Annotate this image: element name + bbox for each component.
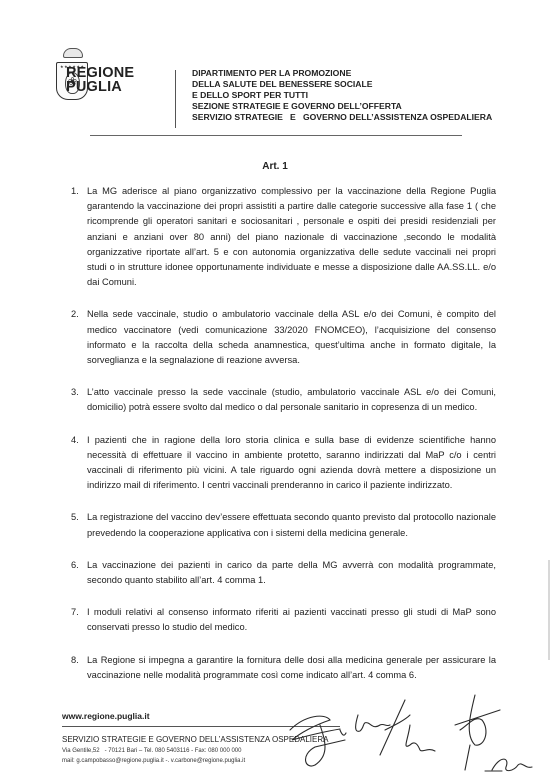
article-item-8: 8. La Regione si impegna a garantire la … — [72, 653, 496, 683]
item-text: La registrazione del vaccino dev’essere … — [87, 510, 496, 540]
section-line: SEZIONE STRATEGIE E GOVERNO DELL’OFFERTA — [192, 101, 492, 112]
footer-office-name: SERVIZIO STRATEGIE E GOVERNO DELL’ASSIST… — [62, 735, 328, 744]
item-number: 3. — [71, 385, 79, 400]
department-line: DELLA SALUTE DEL BENESSERE SOCIALE — [192, 79, 492, 90]
region-name: REGIONE PUGLIA — [66, 66, 134, 94]
department-line: E DELLO SPORT PER TUTTI — [192, 90, 492, 101]
item-number: 2. — [71, 307, 79, 322]
handwritten-signatures-icon — [270, 685, 540, 778]
article-item-7: 7. I moduli relativi al consenso informa… — [72, 605, 496, 635]
item-number: 7. — [71, 605, 79, 620]
header-horizontal-divider — [90, 135, 462, 136]
item-number: 6. — [71, 558, 79, 573]
item-text: Nella sede vaccinale, studio o ambulator… — [87, 307, 496, 368]
article-item-2: 2. Nella sede vaccinale, studio o ambula… — [72, 307, 496, 368]
footer-divider — [62, 726, 340, 727]
article-item-4: 4. I pazienti che in ragione della loro … — [72, 433, 496, 494]
item-text: La Regione si impegna a garantire la for… — [87, 653, 496, 683]
crown-icon — [63, 48, 83, 58]
article-item-1: 1. La MG aderisce al piano organizzativo… — [72, 184, 496, 290]
department-line: DIPARTIMENTO PER LA PROMOZIONE — [192, 68, 492, 79]
item-text: La MG aderisce al piano organizzativo co… — [87, 184, 496, 290]
header-vertical-divider — [175, 70, 176, 128]
article-items-list: 1. La MG aderisce al piano organizzativo… — [72, 184, 496, 683]
item-number: 8. — [71, 653, 79, 668]
article-item-3: 3. L’atto vaccinale presso la sede vacci… — [72, 385, 496, 415]
region-name-line2: PUGLIA — [66, 80, 134, 94]
item-number: 5. — [71, 510, 79, 525]
item-number: 4. — [71, 433, 79, 448]
article-item-5: 5. La registrazione del vaccino dev’esse… — [72, 510, 496, 540]
website-link[interactable]: www.regione.puglia.it — [62, 711, 150, 721]
item-number: 1. — [71, 184, 79, 199]
article-title: Art. 1 — [0, 161, 550, 172]
footer-address: Via Gentile,52 - 70121 Bari – Tel. 080 5… — [62, 748, 241, 754]
footer-email: mail: g.campobasso@regione.puglia.it -. … — [62, 758, 245, 764]
article-item-6: 6. La vaccinazione dei pazienti in caric… — [72, 558, 496, 588]
item-text: La vaccinazione dei pazienti in carico d… — [87, 558, 496, 588]
service-line: SERVIZIO STRATEGIE E GOVERNO DELL’ASSIST… — [192, 112, 492, 123]
document-page: ★★★★★★ ❀ REGIONE PUGLIA DIPARTIMENTO PER… — [0, 0, 550, 778]
item-text: I pazienti che in ragione della loro sto… — [87, 433, 496, 494]
item-text: I moduli relativi al consenso informato … — [87, 605, 496, 635]
department-heading: DIPARTIMENTO PER LA PROMOZIONE DELLA SAL… — [192, 68, 492, 123]
region-name-line1: REGIONE — [66, 66, 134, 80]
item-text: L’atto vaccinale presso la sede vaccinal… — [87, 385, 496, 415]
